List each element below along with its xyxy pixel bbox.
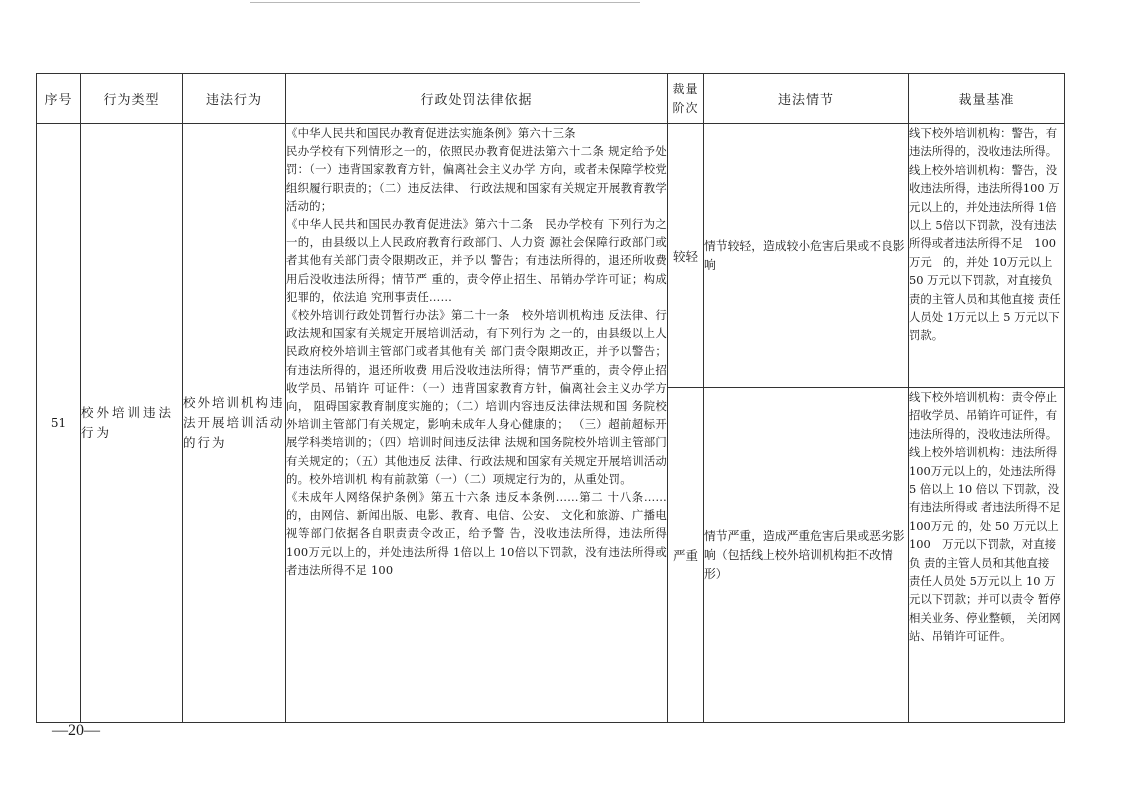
standard-online: 线上校外培训机构：警告，没收违法所得，违法所得100 万元以上的，并处违法所得 … (909, 161, 1064, 345)
header-legal-basis: 行政处罚法律依据 (286, 74, 668, 124)
circumstance-light: 情节较轻，造成较小危害后果或不良影响 (704, 124, 909, 388)
legal-basis-cell: 《中华人民共和国民办教育促进法实施条例》第六十三条 民办学校有下列情形之一的，依… (286, 124, 668, 723)
header-circumstance: 违法情节 (704, 74, 909, 124)
standard-severe: 线下校外培训机构：责令停止招收学员、吊销许可证件，有违法所得的，没收违法所得。 … (909, 388, 1065, 723)
standard-offline: 线下校外培训机构：责令停止招收学员、吊销许可证件，有违法所得的，没收违法所得。 (909, 388, 1064, 443)
standard-offline: 线下校外培训机构：警告，有违法所得的，没收违法所得。 (909, 124, 1064, 161)
level-severe: 严重 (668, 388, 704, 723)
circumstance-severe: 情节严重，造成严重危害后果或恶劣影响（包括线上校外培训机构拒不改情形） (704, 388, 909, 723)
standard-light: 线下校外培训机构：警告，有违法所得的，没收违法所得。 线上校外培训机构：警告，没… (909, 124, 1065, 388)
header-row: 序号 行为类型 违法行为 行政处罚法律依据 裁量阶次 违法情节 裁量基准 (37, 74, 1065, 124)
header-discretion-standard: 裁量基准 (909, 74, 1065, 124)
table-row: 51 校外培训违法行为 校外培训机构违法开展培训活动的行为 《中华人民共和国民办… (37, 124, 1065, 388)
standard-online: 线上校外培训机构：违法所得 100万元以上的，处违法所得 5 倍以上 10 倍以… (909, 443, 1064, 645)
level-light: 较轻 (668, 124, 704, 388)
header-seq: 序号 (37, 74, 81, 124)
basis-paragraph: 《中华人民共和国民办教育促进法实施条例》第六十三条 (286, 124, 667, 142)
penalty-discretion-table: 序号 行为类型 违法行为 行政处罚法律依据 裁量阶次 违法情节 裁量基准 51 … (36, 73, 1065, 723)
scan-edge-line (250, 2, 640, 3)
basis-paragraph: 《中华人民共和国民办教育促进法》第六十二条 民办学校有 下列行为之一的，由县级以… (286, 215, 667, 306)
header-discretion-level: 裁量阶次 (668, 74, 704, 124)
basis-paragraph: 《校外培训行政处罚暂行办法》第二十一条 校外培训机构违 反法律、行政法规和国家有… (286, 306, 667, 488)
violation-act-cell: 校外培训机构违法开展培训活动的行为 (183, 124, 286, 723)
seq-cell: 51 (37, 124, 81, 723)
behavior-type-cell: 校外培训违法行为 (81, 124, 183, 723)
page-number: —20— (52, 722, 100, 740)
basis-paragraph: 民办学校有下列情形之一的，依照民办教育促进法第六十二条 规定给予处罚：（一）违背… (286, 142, 667, 215)
header-behavior-type: 行为类型 (81, 74, 183, 124)
header-violation-act: 违法行为 (183, 74, 286, 124)
basis-paragraph: 《未成年人网络保护条例》第五十六条 违反本条例……第二 十八条……的，由网信、新… (286, 488, 667, 579)
